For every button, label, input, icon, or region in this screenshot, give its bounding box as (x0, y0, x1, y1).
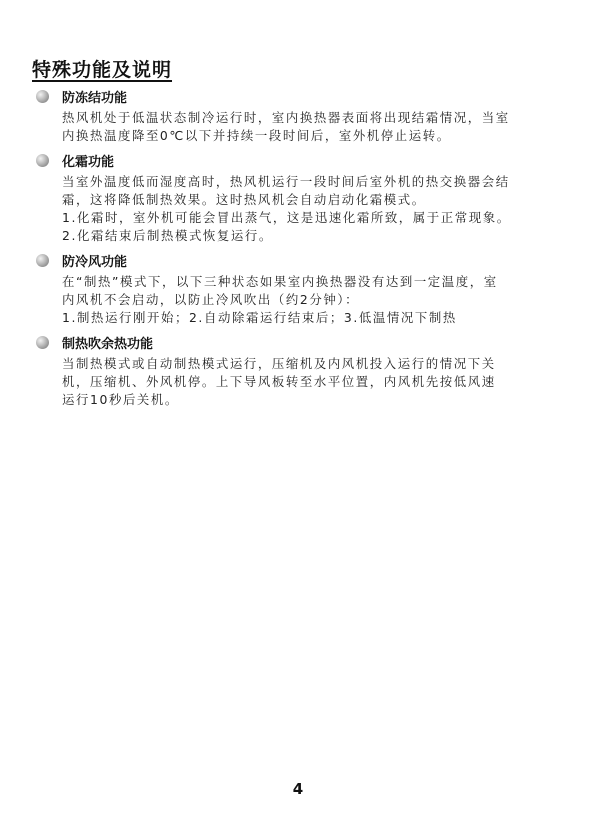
body-line: 运行10秒后关机。 (62, 391, 566, 409)
bullet-circle-icon (36, 254, 49, 267)
body-line: 热风机处于低温状态制冷运行时，室内换热器表面将出现结霜情况，当室 (62, 109, 566, 127)
section-anti-freeze: 防冻结功能 热风机处于低温状态制冷运行时，室内换热器表面将出现结霜情况，当室 内… (36, 87, 566, 145)
body-line: 霜，这将降低制热效果。这时热风机会自动启动化霜模式。 (62, 191, 566, 209)
page-number: 4 (0, 780, 596, 798)
body-line: 内换热温度降至0℃以下并持续一段时间后，室外机停止运转。 (62, 127, 566, 145)
body-line: 当制热模式或自动制热模式运行，压缩机及内风机投入运行的情况下关 (62, 355, 566, 373)
section-body: 在“制热”模式下，以下三种状态如果室内换热器没有达到一定温度，室 内风机不会启动… (62, 273, 566, 327)
body-line: 在“制热”模式下，以下三种状态如果室内换热器没有达到一定温度，室 (62, 273, 566, 291)
body-line: 1.化霜时，室外机可能会冒出蒸气，这是迅速化霜所致，属于正常现象。 (62, 209, 566, 227)
body-line: 2.化霜结束后制热模式恢复运行。 (62, 227, 566, 245)
body-line: 内风机不会启动，以防止冷风吹出（约2分钟）： (62, 291, 566, 309)
bullet-circle-icon (36, 336, 49, 349)
section-body: 当制热模式或自动制热模式运行，压缩机及内风机投入运行的情况下关 机，压缩机、外风… (62, 355, 566, 409)
body-line: 1.制热运行刚开始；2.自动除霜运行结束后；3.低温情况下制热 (62, 309, 566, 327)
section-title: 化霜功能 (62, 151, 114, 170)
bullet-circle-icon (36, 154, 49, 167)
section-body: 热风机处于低温状态制冷运行时，室内换热器表面将出现结霜情况，当室 内换热温度降至… (62, 109, 566, 145)
section-residual-heat: 制热吹余热功能 当制热模式或自动制热模式运行，压缩机及内风机投入运行的情况下关 … (36, 333, 566, 409)
section-header: 防冻结功能 (36, 87, 566, 105)
section-header: 化霜功能 (36, 151, 566, 169)
section-defrost: 化霜功能 当室外温度低而湿度高时，热风机运行一段时间后室外机的热交换器会结 霜，… (36, 151, 566, 245)
bullet-circle-icon (36, 90, 49, 103)
section-body: 当室外温度低而湿度高时，热风机运行一段时间后室外机的热交换器会结 霜，这将降低制… (62, 173, 566, 245)
section-title: 制热吹余热功能 (62, 333, 153, 352)
section-title: 防冻结功能 (62, 87, 127, 106)
section-header: 防冷风功能 (36, 251, 566, 269)
section-title: 防冷风功能 (62, 251, 127, 270)
body-line: 当室外温度低而湿度高时，热风机运行一段时间后室外机的热交换器会结 (62, 173, 566, 191)
section-anti-cold-wind: 防冷风功能 在“制热”模式下，以下三种状态如果室内换热器没有达到一定温度，室 内… (36, 251, 566, 327)
body-line: 机，压缩机、外风机停。上下导风板转至水平位置，内风机先按低风速 (62, 373, 566, 391)
section-header: 制热吹余热功能 (36, 333, 566, 351)
page-title: 特殊功能及说明 (32, 55, 172, 82)
